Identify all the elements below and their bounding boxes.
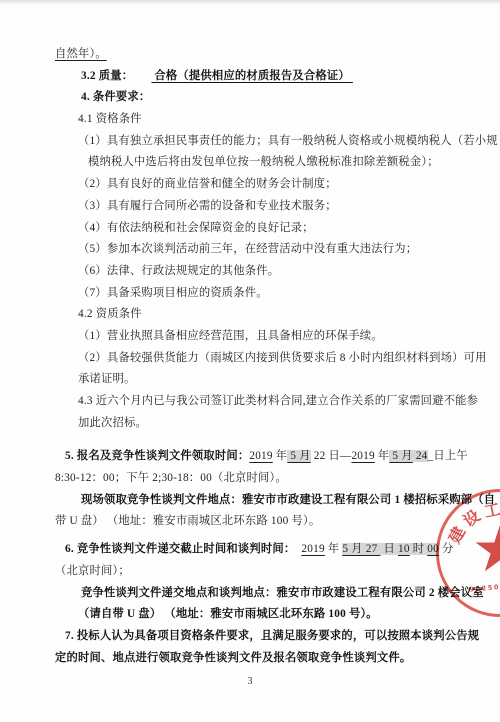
text-run: 带 U 盘） （地址：雅安市雨城区北环东路 100 号）。 (55, 515, 320, 527)
text-line: 加此次招标。 (55, 413, 462, 435)
text-line: （3）具有履行合同所必需的设备和专业技术服务； (55, 196, 462, 218)
text-line: （北京时间）； (55, 561, 462, 583)
text-line: 现场领取竞争性谈判文件地点：雅安市市政建设工程有限公司 1 楼招标采购部（自 (55, 490, 462, 512)
text-run: 2019 (301, 543, 324, 555)
text-run: 日 (380, 543, 398, 555)
text-run: 4.2 资质条件 (78, 308, 142, 320)
text-run: （6）法律、行政法规规定的其他条件。 (78, 265, 279, 277)
text-run: 4.3 近六个月内已与我公司签订此类材料合同,建立合作关系的厂家需回避不能参 (78, 395, 478, 407)
text-line: （2）具有良好的商业信誉和健全的财务会计制度； (55, 174, 462, 196)
text-line: 7. 投标人认为具备项目资格条件要求，且满足服务要求的，可以按照本谈判公告规 (55, 626, 462, 648)
text-run: 5 月 (287, 450, 310, 462)
text-run: 27 (363, 543, 381, 555)
text-run: 4.1 资格条件 (78, 113, 142, 125)
text-line: 定的时间、地点进行领取竞争性谈判文件及报名领取竞争性谈判文件。 (55, 648, 462, 670)
text-line: 4. 条件要求： (55, 87, 462, 109)
text-run: 年 (273, 450, 288, 462)
text-run: 定的时间、地点进行领取竞争性谈判文件及报名领取竞争性谈判文件。 (55, 652, 411, 664)
text-run: （2）具有良好的商业信誉和健全的财务会计制度； (78, 178, 337, 190)
text-run: （1）营业执照具备相应经营范围，且具备相应的环保手续。 (78, 330, 383, 342)
text-run: 00 (427, 543, 439, 555)
text-line: 自然年）。 (55, 44, 462, 66)
text-run: 分 (439, 543, 454, 555)
text-line: 6. 竞争性谈判文件递交截止时间和谈判时间： 2019 年 5 月 27 日 1… (55, 539, 462, 561)
text-line: （7）具备采购项目相应的资质条件。 (55, 283, 462, 305)
document-body: 自然年）。3.2 质量： 合格（提供相应的材质报告及合格证） 4. 条件要求：4… (0, 0, 500, 669)
text-run: 年 (375, 450, 390, 462)
text-line: （1）营业执照具备相应经营范围，且具备相应的环保手续。 (55, 326, 462, 348)
text-line: 4.2 资质条件 (55, 304, 462, 326)
text-line: （5）参加本次谈判活动前三年，在经营活动中没有重大违法行为； (55, 239, 462, 261)
text-line: 带 U 盘） （地址：雅安市雨城区北环东路 100 号）。 (55, 511, 462, 533)
text-run: （4）有依法纳税和社会保障资金的良好记录； (78, 222, 314, 234)
text-run: 5 月 (342, 543, 362, 555)
text-run: 2019 (351, 450, 374, 462)
text-run: 竞争性谈判文件递交地点和谈判地点：雅安市市政建设工程有限公司 2 楼会议室 (81, 587, 484, 599)
text-run (133, 70, 151, 82)
text-run: （1）具有独立承担民事责任的能力；具有一般纳税人资格或小规模纳税人（若小规 (78, 135, 498, 147)
page-number: 3 (0, 671, 500, 693)
text-line: 4.1 资格条件 (55, 109, 462, 131)
text-run: （2）具备较强供货能力（雨城区内接到供货要求后 8 小时内组织材料到场）可用 (78, 352, 487, 364)
text-run: （请自带 U 盘） （地址：雅安市雨城区北环东路 100 号）。 (78, 608, 378, 620)
text-line: 3.2 质量： 合格（提供相应的材质报告及合格证） (55, 66, 462, 88)
text-run: 5. 报名及竞争性谈判文件领取时间： (65, 450, 249, 462)
text-line: （请自带 U 盘） （地址：雅安市雨城区北环东路 100 号）。 (55, 604, 462, 626)
text-line: 5. 报名及竞争性谈判文件领取时间：2019 年 5 月 22 日—2019 年… (55, 446, 462, 468)
text-run: 承诺证明。 (78, 373, 136, 385)
text-line: 8:30-12：00；下午 2;30-18：00（北京时间）。 (55, 468, 462, 490)
text-run: 6. 竞争性谈判文件递交截止时间和谈判时间： (65, 543, 295, 555)
text-run: （北京时间）； (55, 565, 130, 577)
text-line: 竞争性谈判文件递交地点和谈判地点：雅安市市政建设工程有限公司 2 楼会议室 (55, 583, 462, 605)
text-line: 模纳税人中选后将由发包单位按一般纳税人缴税标准扣除差额税金）； (55, 152, 462, 174)
text-line: 承诺证明。 (55, 369, 462, 391)
text-run: 时 (410, 543, 428, 555)
text-line: （1）具有独立承担民事责任的能力；具有一般纳税人资格或小规模纳税人（若小规 (55, 131, 462, 153)
text-run: 模纳税人中选后将由发包单位按一般纳税人缴税标准扣除差额税金）； (88, 156, 439, 168)
text-run: 2019 (249, 450, 272, 462)
text-run: （3）具有履行合同所必需的设备和专业技术服务； (78, 200, 337, 212)
text-run: 自然年）。 (55, 48, 107, 60)
text-run: 年 (325, 543, 343, 555)
text-line: （6）法律、行政法规规定的其他条件。 (55, 261, 462, 283)
text-run: 合格（提供相应的材质报告及合格证） (151, 70, 353, 82)
text-run: 5 月 (389, 450, 412, 462)
scanned-document-page: 自然年）。3.2 质量： 合格（提供相应的材质报告及合格证） 4. 条件要求：4… (0, 0, 500, 722)
text-run: 雅安市市政建设工程有限公司 1 楼招标采购部（自 (242, 494, 495, 506)
text-line: （4）有依法纳税和社会保障资金的良好记录； (55, 218, 462, 240)
text-line: 4.3 近六个月内已与我公司签订此类材料合同,建立合作关系的厂家需回避不能参 (55, 391, 462, 413)
text-run: （7）具备采购项目相应的资质条件。 (78, 287, 268, 299)
text-run: 10 (398, 543, 410, 555)
text-run: 加此次招标。 (78, 417, 147, 429)
text-run: 24 (413, 450, 428, 462)
text-run: _日上午 (428, 450, 468, 462)
text-run: 现场领取竞争性谈判文件地点： (81, 494, 242, 506)
text-run: 4. 条件要求： (81, 91, 150, 103)
text-run: 8:30-12：00；下午 2;30-18：00（北京时间）。 (55, 472, 287, 484)
text-run: 3.2 质量： (81, 70, 133, 82)
text-run: （5）参加本次谈判活动前三年，在经营活动中没有重大违法行为； (78, 243, 417, 255)
text-run: 22 日— (311, 450, 352, 462)
text-run: 7. 投标人认为具备项目资格条件要求，且满足服务要求的，可以按照本谈判公告规 (65, 630, 479, 642)
text-line: （2）具备较强供货能力（雨城区内接到供货要求后 8 小时内组织材料到场）可用 (55, 348, 462, 370)
